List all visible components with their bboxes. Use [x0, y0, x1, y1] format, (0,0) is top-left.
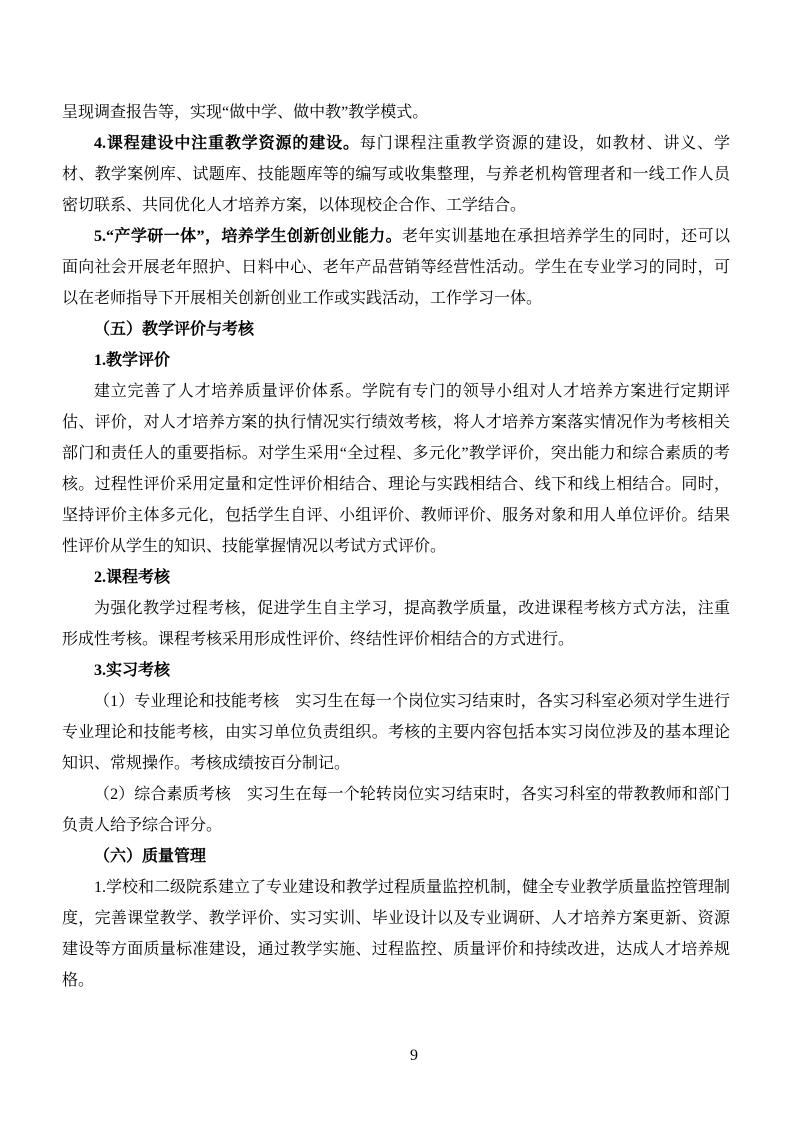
subsection-heading-internship-assessment: 3.实习考核: [62, 655, 730, 686]
paragraph-text: 呈现调查报告等，实现“做中学、做中教”教学模式。: [62, 104, 428, 121]
paragraph-item-5: 5.“产学研一体”，培养学生创新创业能力。老年实训基地在承担培养学生的同时，还可…: [62, 221, 730, 314]
paragraph-internship-item-1: （1）专业理论和技能考核 实习生在每一个岗位实习结束时，各实习科室必须对学生进行…: [62, 686, 730, 779]
subsection-heading-teaching-evaluation: 1.教学评价: [62, 345, 730, 376]
page-number: 9: [18, 1044, 792, 1068]
section-heading-6: （六）质量管理: [62, 841, 730, 872]
paragraph-quality-management: 1.学校和二级院系建立了专业建设和教学过程质量监控机制，健全专业教学质量监控管理…: [62, 872, 730, 996]
paragraph-internship-item-2: （2）综合素质考核 实习生在每一个轮转岗位实习结束时，各实习科室的带教教师和部门…: [62, 779, 730, 841]
section-heading-5: （五）教学评价与考核: [62, 314, 730, 345]
paragraph-bold-lead: 5.“产学研一体”，培养学生创新创业能力。: [94, 228, 402, 245]
paragraph-course-assessment: 为强化教学过程考核，促进学生自主学习，提高教学质量，改进课程考核方式方法，注重形…: [62, 593, 730, 655]
paragraph-bold-lead: 4.课程建设中注重教学资源的建设。: [94, 135, 360, 152]
paragraph-continued: 呈现调查报告等，实现“做中学、做中教”教学模式。: [62, 97, 730, 128]
paragraph-item-4: 4.课程建设中注重教学资源的建设。每门课程注重教学资源的建设，如教材、讲义、学材…: [62, 128, 730, 221]
document-body: 呈现调查报告等，实现“做中学、做中教”教学模式。 4.课程建设中注重教学资源的建…: [62, 97, 730, 996]
document-page: 呈现调查报告等，实现“做中学、做中教”教学模式。 4.课程建设中注重教学资源的建…: [0, 0, 792, 1121]
paragraph-teaching-evaluation: 建立完善了人才培养质量评价体系。学院有专门的领导小组对人才培养方案进行定期评估、…: [62, 376, 730, 562]
subsection-heading-course-assessment: 2.课程考核: [62, 562, 730, 593]
